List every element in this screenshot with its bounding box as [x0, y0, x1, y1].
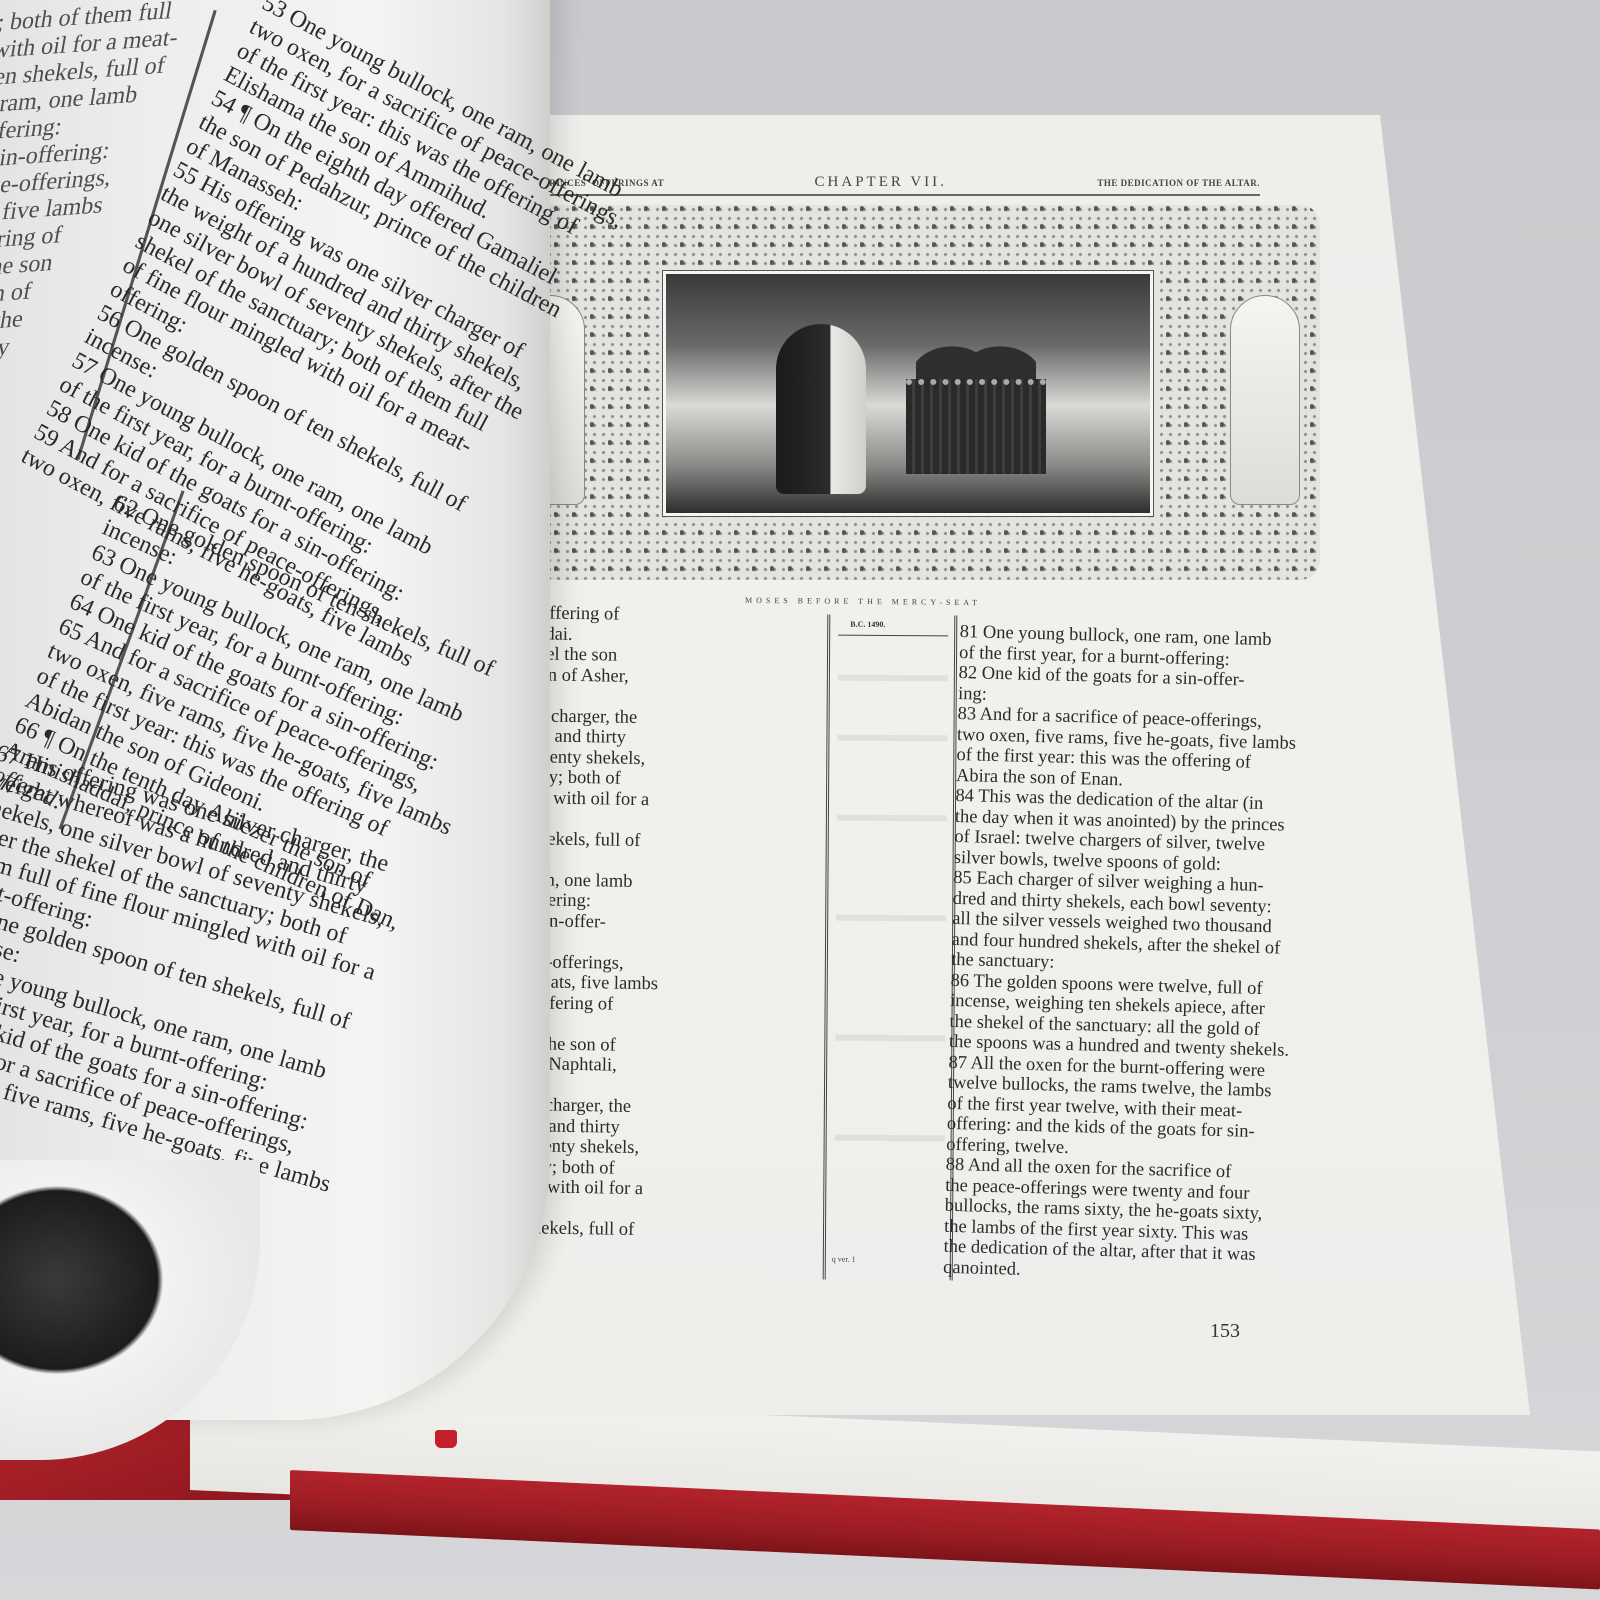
- margin-reference: q ver. 1: [832, 1255, 856, 1264]
- show-through-text: [835, 1035, 945, 1042]
- show-through-text: [837, 815, 947, 822]
- moses-figure: [776, 324, 866, 494]
- show-through-text: [835, 1135, 945, 1142]
- cherubim-wings: [916, 314, 1036, 379]
- bookmark-ribbon: [435, 1430, 457, 1448]
- show-through-text: [838, 675, 948, 682]
- angel-figure-right: [1230, 295, 1300, 505]
- margin-references-column: B.C. 1490. q ver. 1: [823, 615, 958, 1281]
- date-marker: B.C. 1490.: [850, 620, 885, 629]
- page-number: 153: [1210, 1320, 1240, 1343]
- show-through-text: [837, 735, 947, 742]
- chapter-title: CHAPTER VII.: [815, 174, 947, 191]
- moses-scene-picture: [663, 271, 1153, 516]
- ark-of-covenant: [906, 379, 1046, 474]
- running-head-right: The Dedication of the Altar.: [1097, 178, 1260, 188]
- photo-scene: The Princes' Offerings at CHAPTER VII. T…: [0, 0, 1600, 1600]
- show-through-text: [836, 915, 946, 922]
- date-rule: [838, 635, 948, 637]
- right-text-column: 81 One young bullock, one ram, one lamb …: [943, 622, 1430, 1290]
